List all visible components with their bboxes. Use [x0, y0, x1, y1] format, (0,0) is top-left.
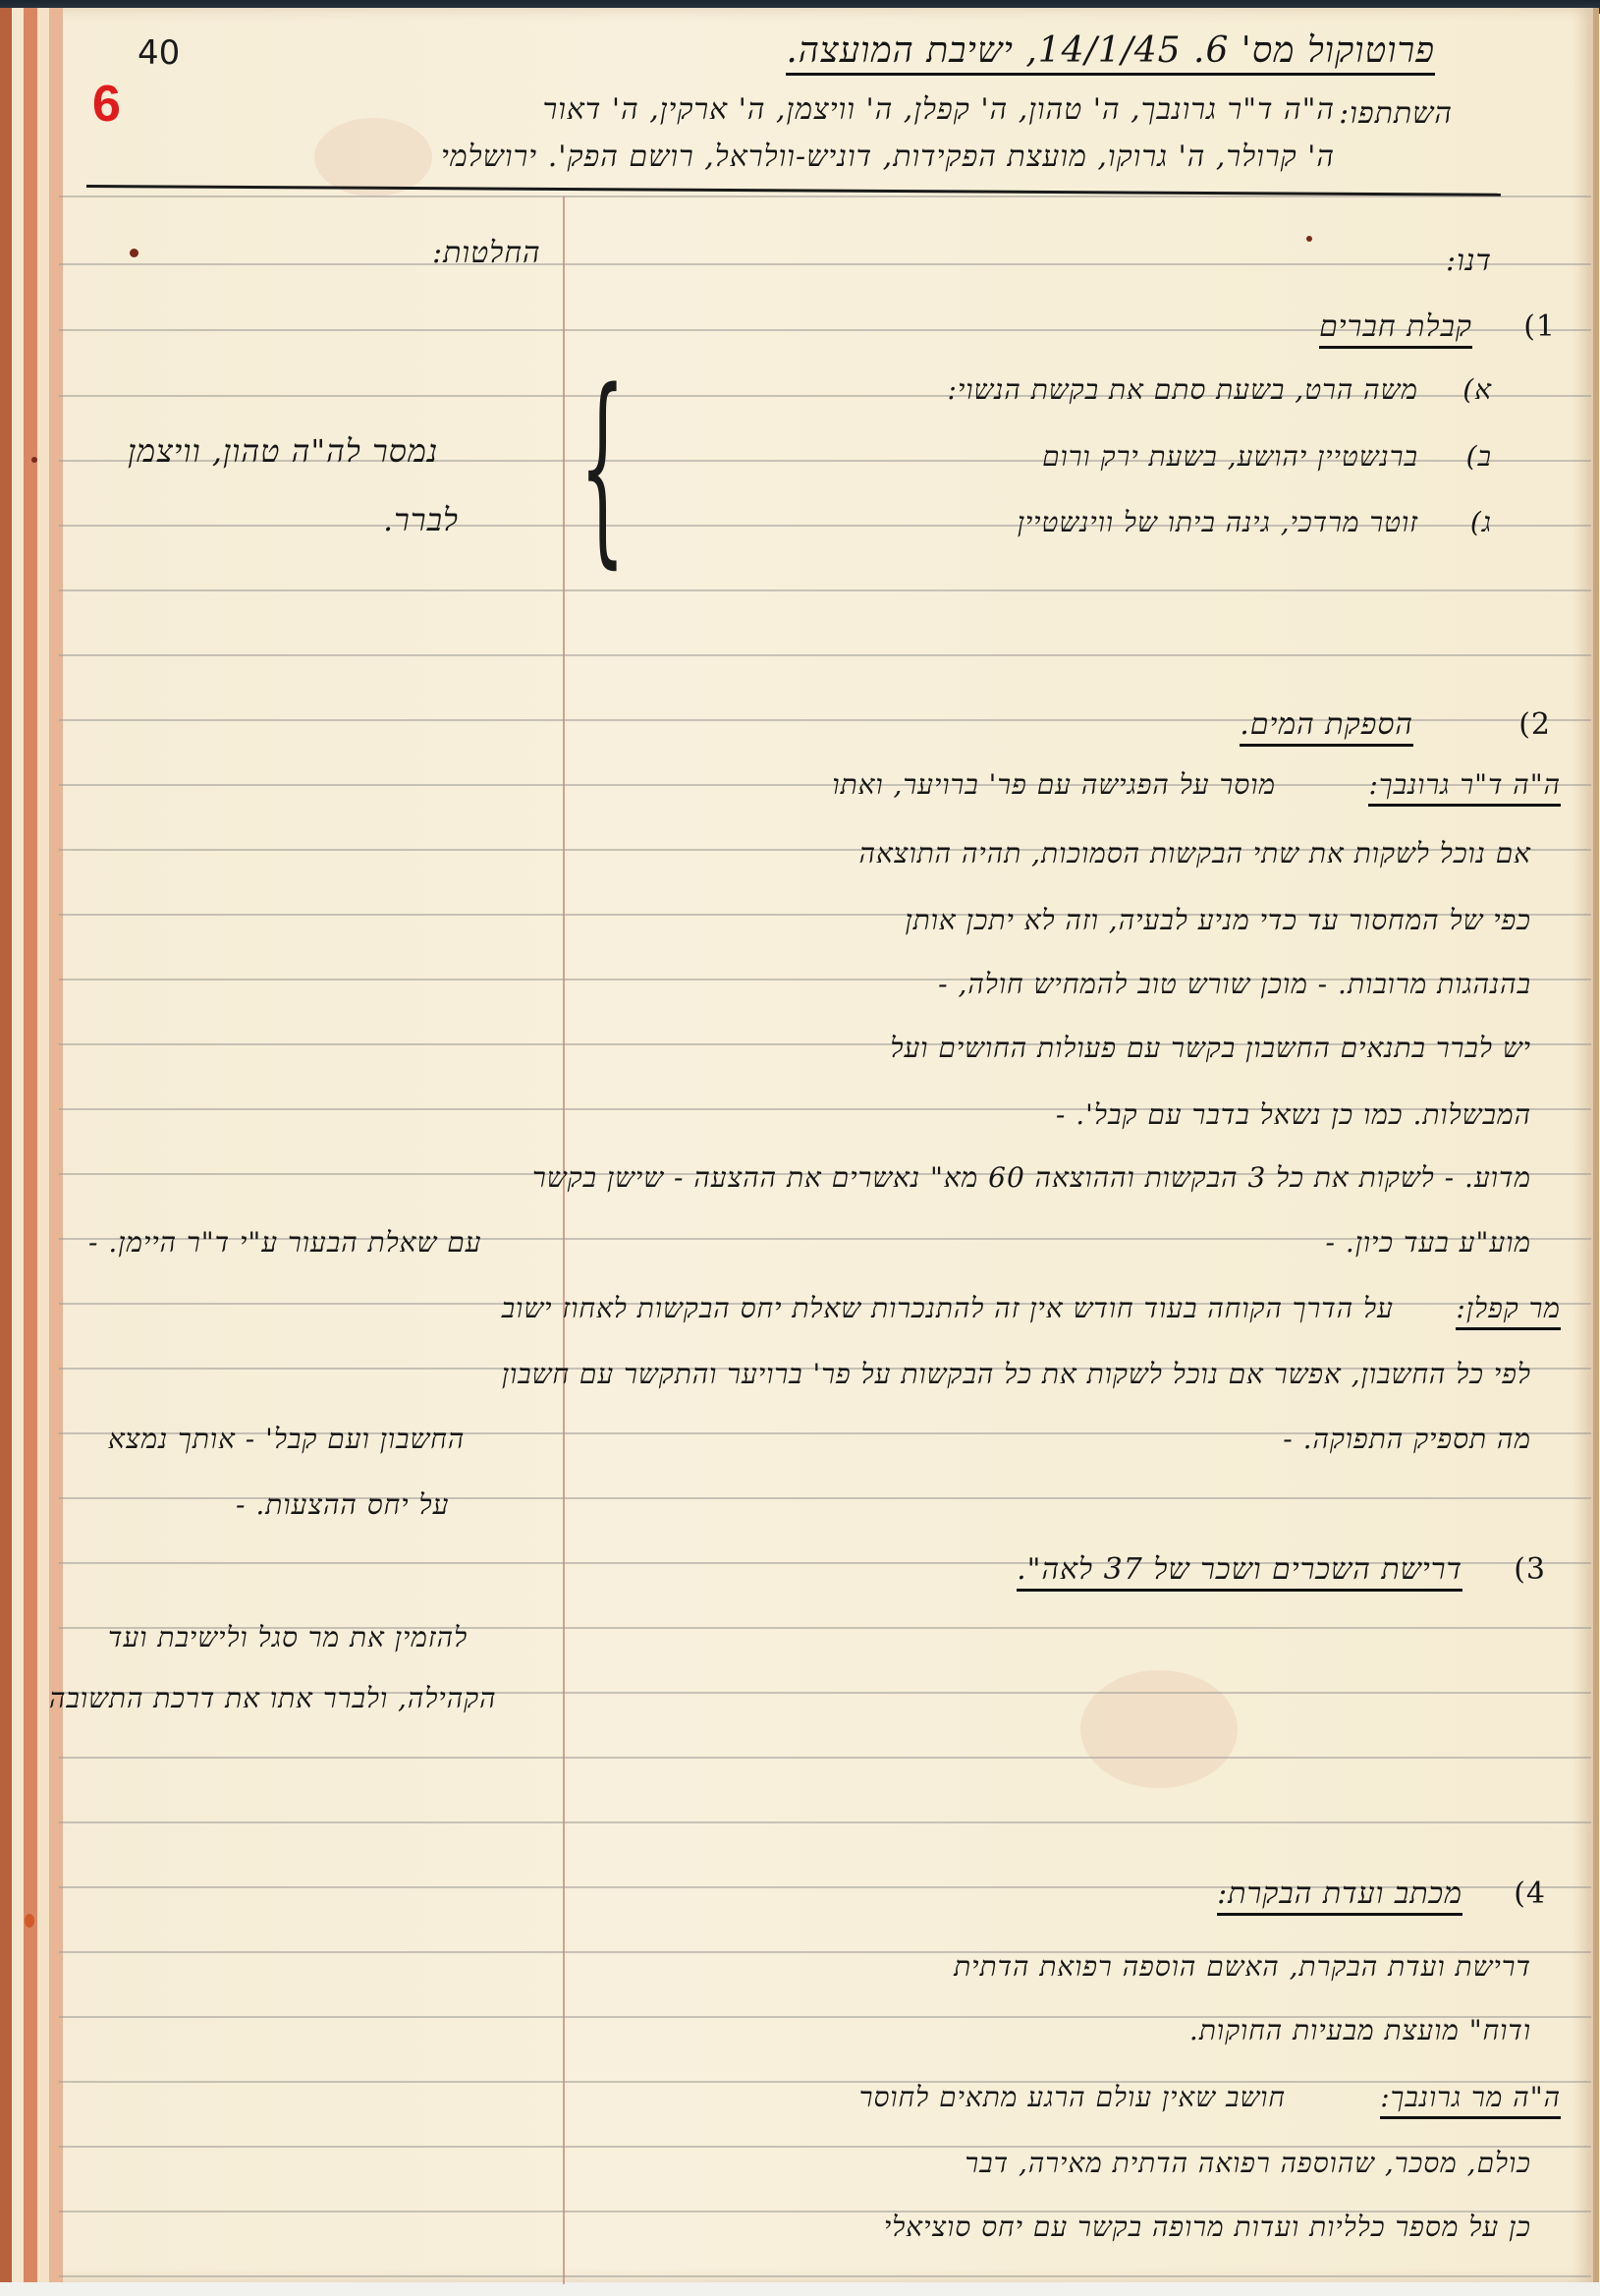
notebook-page — [0, 8, 1599, 2282]
section-3-number: 3) — [1514, 1552, 1546, 1587]
paper-stain — [1080, 1670, 1238, 1788]
section-2-line: מוע"ע בעד כיון. - — [1325, 1226, 1531, 1260]
section-4-line: ודוח" מועצת מבעיות החוקות. — [1189, 2014, 1531, 2047]
ink-dot — [130, 249, 138, 257]
section-3-decision-line-1: להזמין את מר סגל ולישיבת ועד — [108, 1621, 468, 1654]
page-edge-strip — [0, 8, 12, 2282]
section-4-line: חושב שאין עולם הרגע מתאים לחוסר — [859, 2081, 1286, 2114]
section-2-speaker: מר קפלן: — [1456, 1292, 1561, 1330]
section-2-line: בהנהגות מרובות. - מוכן שורש טוב להמחיש ח… — [938, 968, 1531, 1001]
section-4-line: דרישת ועדת הבקרת, האשם הוספה רפואת הדתית — [954, 1950, 1531, 1984]
column-divider-line — [563, 196, 565, 2284]
section-4-number: 4) — [1514, 1876, 1546, 1911]
ink-dot — [31, 457, 37, 463]
ruled-line — [59, 1821, 1591, 1823]
section-1-item-marker: ג) — [1470, 506, 1492, 539]
section-3-heading: דרישת השכרים ושכר של 37 לאה". — [1017, 1552, 1462, 1592]
paper-stain — [314, 118, 432, 196]
discussion-column-header: דנו: — [1446, 244, 1492, 278]
section-2-line: מוסר על הפגישה עם פר' ברויער, ואתו — [832, 768, 1276, 802]
ruled-line — [59, 196, 1591, 197]
section-1-heading: קבלת חברים — [1319, 309, 1472, 349]
section-2-speaker: ה"ה ד"ר גרונבך: — [1368, 768, 1561, 807]
section-2-line: המבשלות. כמו כן נשאל בדבר עם קבל'. - — [1056, 1098, 1531, 1132]
section-2-line: כפי של המחסור עד כדי מניע לבעיה, וזה לא … — [906, 904, 1532, 937]
section-2-line: יש לברר בתנאים החשבון בקשר עם פעולות החו… — [890, 1032, 1531, 1065]
page-edge-strip — [49, 8, 63, 2282]
grouping-brace: { — [579, 364, 626, 570]
page-label-red: 6 — [92, 75, 121, 134]
section-4-speaker: ה"ה מר גרונבך: — [1380, 2081, 1561, 2119]
ink-dot — [1306, 236, 1312, 242]
section-2-line: על הדרך הקוחה בעוד חודש אין זה להתנכרות … — [502, 1292, 1394, 1325]
page-number-pencil: 40 — [138, 33, 180, 73]
decisions-column-header: החלטות: — [432, 236, 541, 270]
section-1-decision-line-1: נמסר לה"ה טהון, וויצמן — [128, 432, 438, 470]
section-2-line: אם נוכל לשקות את שתי הבקשות הסמוכות, תהי… — [859, 837, 1531, 870]
section-2-line: מה תספיק התפוקה. - — [1283, 1423, 1531, 1456]
section-1-item-text: זוטר מרדכי, גינה ביתו של ווינשטיין — [1018, 506, 1418, 539]
participants-line-2: ה' קרולר, ה' גרוקו, מועצת הפקידות, דוניש… — [441, 140, 1335, 174]
section-1-item-marker: א) — [1462, 373, 1492, 407]
ruled-line — [59, 1757, 1591, 1759]
section-2-heading: הספקת המים. — [1240, 707, 1413, 747]
section-2-line: מדוע. - לשקות את כל 3 הבקשות וההוצאה 60 … — [532, 1161, 1531, 1195]
page-edge-strip — [24, 8, 37, 2282]
scanner-bottom-band — [0, 2282, 1600, 2296]
page-edge-strip — [37, 8, 49, 2282]
section-3-decision-line-2: הקהילה, ולברר אתו את דרכת התשובה — [49, 1682, 497, 1715]
section-1-item-text: משה הרט, בשעת סתם את בקשת הנשוי: — [948, 373, 1418, 407]
section-2-number: 2) — [1518, 707, 1551, 742]
section-4-line: כן על מספר כלליות ועדות מרופה בקשר עם יח… — [884, 2211, 1531, 2244]
ruled-line — [59, 2275, 1591, 2277]
participants-label: השתתפו: — [1339, 96, 1453, 131]
section-1-decision-line-2: לברר. — [383, 501, 459, 538]
ruled-line — [59, 263, 1591, 265]
section-1-number: 1) — [1523, 309, 1556, 344]
participants-line-1: ה"ה ד"ר גרונבך, ה' טהון, ה' קפלן, ה' ווי… — [542, 92, 1335, 127]
section-2-decision-line-2: על יחס ההצעות. - — [236, 1488, 449, 1522]
section-4-line: כולם, מסכר, שהוספה רפואה הדתית מאירה, דב… — [965, 2147, 1531, 2180]
ink-dot — [25, 1914, 34, 1928]
section-1-item-marker: ב) — [1466, 440, 1492, 474]
ruled-line — [59, 2081, 1591, 2083]
section-1-item-text: ברנשטיין יהושע, בשעת ירק ורום — [1042, 440, 1418, 474]
section-2-decision-line-1: החשבון ועם קבל' - אותך נמצא — [108, 1423, 465, 1456]
ruled-line — [59, 589, 1591, 591]
page-edge-strip — [12, 8, 24, 2282]
ruled-line — [59, 784, 1591, 786]
ruled-line — [59, 654, 1591, 656]
section-2-line: לפי כל החשבון, אפשר אם נוכל לשקות את כל … — [502, 1358, 1531, 1391]
protocol-title: פרוטוקול מס' 6. 14/1/45, ישיבת המועצה. — [786, 29, 1435, 76]
section-2-left-note: עם שאלת הבעור ע"י ד"ר היימן. - — [88, 1226, 482, 1260]
section-4-heading: מכתב ועדת הבקרת: — [1217, 1876, 1462, 1916]
